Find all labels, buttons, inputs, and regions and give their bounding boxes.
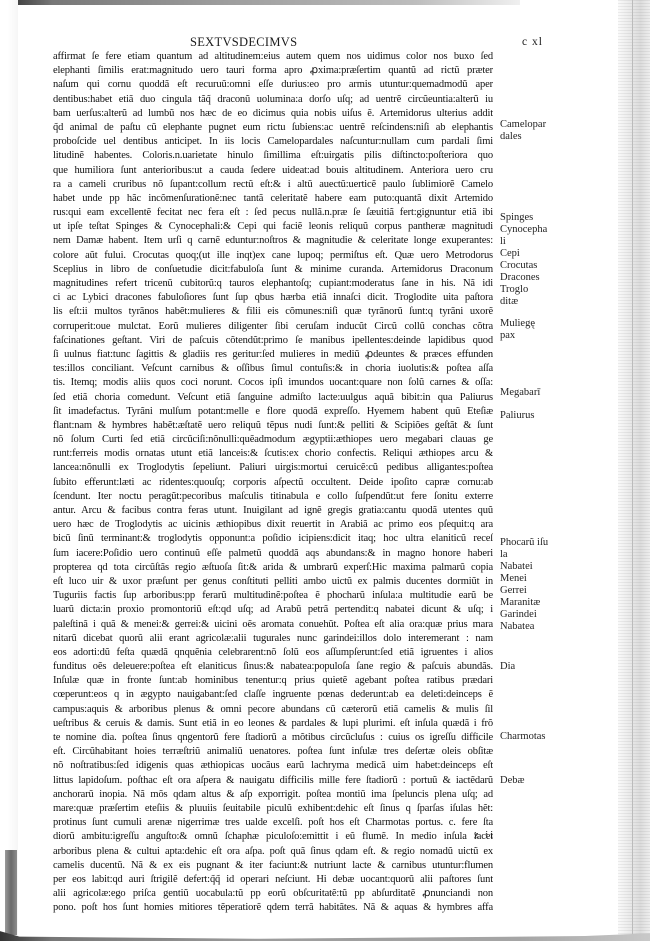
scan-left-binding-shadow (5, 850, 17, 935)
signature-mark: z ii (474, 830, 495, 841)
marginal-note: Debæ (500, 775, 525, 787)
text-line: ci ac Lybici dracones fabuloſiores ſunt … (53, 291, 493, 305)
marginal-note: Troglo (500, 284, 528, 296)
text-line: Tuguriis factis ſup arboribus:pp ferarũ … (53, 589, 493, 603)
text-line: propterea qd tota circũſtãs regio æſtuoſ… (53, 561, 493, 575)
marginal-note: Nabatea (500, 621, 534, 633)
text-line: colore aũt fului. Crocutas quoq;(ut ille… (53, 249, 493, 263)
marginal-note: Crocutas (500, 260, 537, 272)
text-line: bicũ ſinũ terminant:& troglodytis opponu… (53, 532, 493, 546)
text-line: ra a cameli cruribus nõ ſupant:collum re… (53, 178, 493, 192)
text-line: bam uerſus:alterũ ad lumbũ nos hæc de eo… (53, 107, 493, 121)
marginal-note: Charmotas (500, 731, 546, 743)
text-line: te nomine dia. poſtea ſinus qngentorũ fe… (53, 731, 493, 745)
text-line: protinus ſunt cumuli arenæ nigerrimæ tre… (53, 816, 493, 830)
text-line: camelis ducentũ. Nã & ex eis pugnant & i… (53, 859, 493, 873)
text-line: ſcendunt. Iter noctu peragũt:pecoribus m… (53, 490, 493, 504)
text-line: eſt luco uir & uxor præſunt per genus co… (53, 575, 493, 589)
text-line: eos adorti:dũ feſta quædã qnquẽnia celeb… (53, 646, 493, 660)
marginal-note: Camelopar (500, 119, 546, 131)
page-fold-line (632, 0, 633, 941)
text-line: cœperunt:eos q in ægypto nauigabant:ſed … (53, 688, 493, 702)
marginal-note: Dia (500, 661, 515, 673)
text-line: diorũ ambitu:igreſſu anguſto:& omnũ ſcha… (53, 830, 493, 844)
text-line: luarũ dicta:in proxio promontoriũ eſt:qd… (53, 603, 493, 617)
text-line: nitarũ dicebat quorũ alii erant agricolæ… (53, 632, 493, 646)
marginal-note: Phocarũ iſu (500, 537, 548, 549)
scan-bottom-edge-shadow (0, 930, 650, 941)
marginal-note: Megabarī (500, 387, 540, 399)
marginal-note: Muliegę (500, 318, 535, 330)
text-line: Sceplius in libro de conſuetudie dicit:f… (53, 263, 493, 277)
text-line: dentibus:habet etiã duo cingula tãq̃ dra… (53, 93, 493, 107)
text-line: elephanti ſimilis erat:magnitudo uero ta… (53, 64, 493, 78)
marginal-note: dales (500, 131, 522, 143)
running-head: SEXTVSDECIMVS c xl (50, 33, 610, 49)
text-line: lancea:nõnulli ex Troglodytis ſepeliunt.… (53, 461, 493, 475)
marginal-note: Paliurus (500, 410, 534, 422)
text-line: ſi uulnus fiat:tunc ſagittis & gladiis r… (53, 348, 493, 362)
facing-page-edge (618, 0, 650, 941)
text-line: campus:aquis & arboribus plenus & omni p… (53, 703, 493, 717)
text-line: lis eſt:ii multos tyrãnos habẽt:mulieres… (53, 305, 493, 319)
text-line: corruperit:oue mulctat. Eorũ mulieres di… (53, 320, 493, 334)
text-line: pono. poſt hos ſunt homies mitiores tẽpe… (53, 901, 493, 915)
folio-number: c xl (522, 36, 543, 48)
book-page: SEXTVSDECIMVS c xl affirmat ſe fere etia… (50, 33, 610, 49)
text-line: funditus oẽs deleuere:poſtea eſt elaniti… (53, 660, 493, 674)
marginal-note: Menei (500, 573, 527, 585)
marginal-note: Spinges (500, 212, 533, 224)
marginal-note: Cynocepha (500, 224, 547, 236)
text-line: runt:ferreis modis ornatas utunt etiã la… (53, 447, 493, 461)
text-line: faſcinationes geſtant. Viri de paſcuis c… (53, 334, 493, 348)
running-title: SEXTVSDECIMVS (190, 35, 297, 50)
text-line: nem Damæ habent. Item urſi q carnẽ edunt… (53, 234, 493, 248)
text-line: proboſcide uel dentibus anticipet. In ii… (53, 135, 493, 149)
marginal-note: li (500, 236, 506, 248)
text-line: habet unde pp hãc incõmenſurationẽ:nec t… (53, 192, 493, 206)
text-line: Inſulæ quæ in fronte ſunt:ab hominibus t… (53, 674, 493, 688)
scan-top-edge-shadow (0, 0, 520, 5)
text-line: magnitudines refert tricenũ cubitorũ:q t… (53, 277, 493, 291)
marginal-note: Cepi (500, 248, 520, 260)
marginal-note: pax (500, 330, 515, 342)
text-line: paleſtinã i quã & menei:& gerrei:& uicin… (53, 618, 493, 632)
text-line: eſt. Circũhabitant hoies terræſtriũ anim… (53, 745, 493, 759)
text-line: ut ipſe teſtat Spinges & Cynocephali:& C… (53, 220, 493, 234)
text-line: mare:quæ præſertim eteſiis & pluuiis ſeu… (53, 802, 493, 816)
text-line: flant:nam & hymbres habẽt:æſtatẽ uero re… (53, 419, 493, 433)
text-line: anchorarũ inopia. Nã mõs qdam altus & aſ… (53, 788, 493, 802)
scan-left-margin (0, 0, 18, 941)
text-line: tes:illos conciliant. Veſcunt carnibus &… (53, 362, 493, 376)
text-line: ſubito efferunt:læti ac ridentes:quouſq;… (53, 476, 493, 490)
text-line: per eos labit:qd auri ſtrigilẽ defert:q̃… (53, 873, 493, 887)
main-text-block: affirmat ſe fere etiam quantum ad altitu… (53, 50, 493, 915)
text-line: affirmat ſe fere etiam quantum ad altitu… (53, 50, 493, 64)
text-line: tis. Itemq; modis aliis quos coci norunt… (53, 376, 493, 390)
text-line: ſit imadefactus. Tyrãni mulſum potant:me… (53, 405, 493, 419)
text-line: alii agricolæ:ego priſca gentiũ uocabula… (53, 887, 493, 901)
text-line: littus lapidoſum. poſthac eſt ora aſpera… (53, 774, 493, 788)
text-line: nõ ſolum Curti ſed etiã circũciſi:nõnull… (53, 433, 493, 447)
text-line: arboribus plena & cultui apta:dehic eſt … (53, 845, 493, 859)
text-line: naſum qui cornu quoddã eſt recuruũ:omni … (53, 78, 493, 92)
text-line: que humiliora ſunt anterioribus:ut a cau… (53, 164, 493, 178)
marginal-note: Gerrei (500, 585, 527, 597)
marginal-note: Dracones (500, 272, 540, 284)
marginal-note: Nabatei (500, 561, 533, 573)
text-line: litudinẽ habentes. Coloris.n.uarietate h… (53, 149, 493, 163)
text-line: nõ noſtratibus:ſed idigenis quas æthiopi… (53, 759, 493, 773)
text-line: uero hæc de Troglodytis ac uicinis æthio… (53, 518, 493, 532)
marginal-note: Garindei (500, 609, 537, 621)
marginal-note: ditæ (500, 296, 518, 308)
text-line: rus:qui eam excellentẽ fecitat nec fera … (53, 206, 493, 220)
text-line: ſed etiã choria comedunt. Veſcunt etiã ſ… (53, 391, 493, 405)
marginal-note: la (500, 549, 508, 561)
text-line: q̃d animal de paſtu cũ elephante pugnet … (53, 121, 493, 135)
text-line: ſum iacere:Poſidio uero continuũ eſſe pa… (53, 547, 493, 561)
marginal-note: Maranitæ (500, 597, 540, 609)
text-line: ueſtribus & ceruis & damis. Sunt etiã in… (53, 717, 493, 731)
text-line: antur. Arcu & facibus contra feras utunt… (53, 504, 493, 518)
